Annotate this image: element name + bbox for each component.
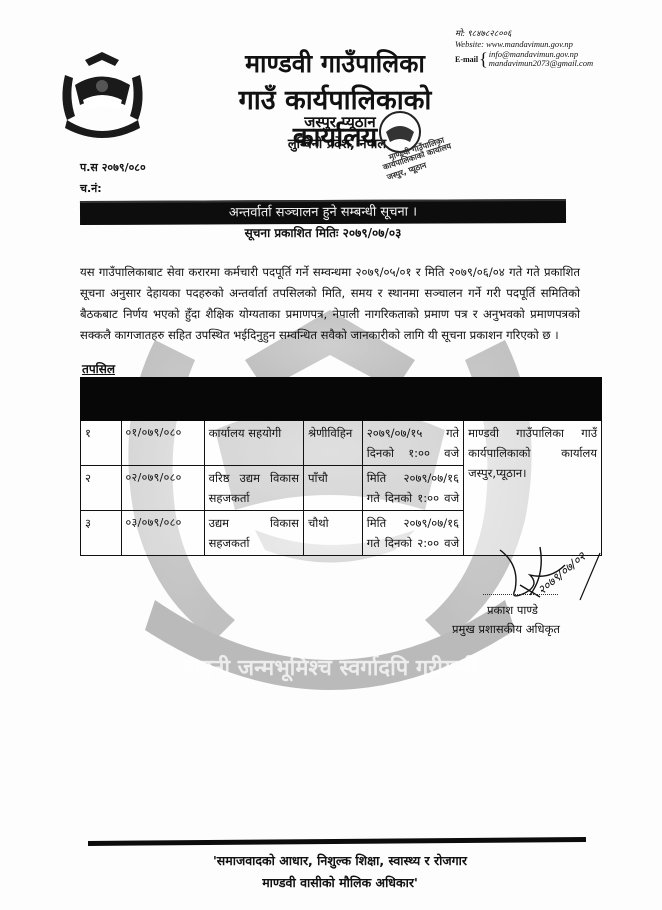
contact-block: मो: ९८४७८२८००६ Website: www.mandavimun.g…	[455, 28, 593, 68]
notice-title: अन्तर्वार्ता सञ्चालन हुने सम्बन्धी सूचना…	[80, 199, 566, 225]
cell-schedule: मिति २०७९/०७/१६ गते दिनको १:०० वजे	[362, 466, 463, 511]
interview-schedule-table: १ ०१/०७९/०८० कार्यालय सहयोगी श्रेणीविहिन…	[80, 377, 602, 556]
details-heading: तपसिल	[82, 360, 115, 377]
signature-line	[483, 594, 558, 595]
published-date: सूचना प्रकाशित मितिः २०७९/०७/०३	[80, 224, 566, 241]
signatory-title: प्रमुख प्रशासकीय अधिकृत	[452, 622, 560, 637]
cell-schedule: २०७९/०७/१५ गते दिनको १:०० वजे	[362, 421, 463, 466]
cell-level: श्रेणीविहिन	[303, 421, 362, 466]
phone-number: ९८४७८२८००६	[467, 28, 511, 39]
notice-body: यस गाउँपालिकाबाट सेवा करारमा कर्मचारी पद…	[80, 262, 580, 346]
nepal-emblem-icon	[55, 50, 150, 138]
cell-venue: माण्डवी गाउँपालिका गाउँ कार्यपालिकाको का…	[464, 421, 602, 556]
signature-date: २०७९/०७/०२	[535, 549, 589, 597]
signature-icon: २०७९/०७/०२	[480, 545, 630, 605]
signatory-name: प्रकाश पाण्डे	[487, 603, 538, 618]
header-cell-sn	[81, 378, 122, 421]
cell-level: चौथो	[303, 511, 362, 556]
office-seal-icon: माण्डवी गाउँपालिका कार्यपालिकाको कार्याल…	[360, 108, 460, 188]
header-cell-schedule	[362, 378, 463, 421]
header-cell-post	[204, 378, 303, 421]
cell-post: कार्यालय सहयोगी	[204, 421, 303, 466]
phone-row: मो: ९८४७८२८००६	[455, 28, 593, 39]
cell-ref: ०३/०७९/०८०	[121, 511, 204, 556]
header-cell-level	[303, 378, 362, 421]
dispatch-number: च.नं:	[80, 181, 102, 196]
email-label: E-mail	[455, 54, 478, 65]
footer-slogan-line-1: 'समाजवादको आधार, निशुल्क शिक्षा, स्वास्थ…	[150, 852, 530, 869]
letter-number: प.स २०७९/०८०	[80, 160, 146, 175]
header-cell-venue	[464, 378, 602, 421]
phone-label: मो:	[455, 28, 465, 39]
notice-body-text: यस गाउँपालिकाबाट सेवा करारमा कर्मचारी पद…	[80, 262, 580, 346]
cell-schedule: मिति २०७९/०७/१६ गते दिनको २:०० वजे	[362, 511, 463, 556]
cell-post: वरिष्ठ उद्यम विकास सहजकर्ता	[204, 466, 303, 511]
cell-post: उद्यम विकास सहजकर्ता	[204, 511, 303, 556]
brace-icon: {	[479, 50, 488, 68]
cell-sn: २	[81, 466, 122, 511]
municipality-name: माण्डवी गाउँपालिका	[205, 46, 465, 80]
footer-slogan-line-2: माण्डवी वासीको मौलिक अधिकार'	[150, 874, 530, 891]
header-cell-ref	[121, 378, 204, 421]
cell-level: पाँचौ	[303, 466, 362, 511]
table-header-row	[81, 378, 602, 421]
cell-sn: ३	[81, 511, 122, 556]
table-row: १ ०१/०७९/०८० कार्यालय सहयोगी श्रेणीविहिन…	[81, 421, 602, 466]
email-link-2[interactable]: mandavimun2073@gmail.com	[489, 59, 593, 68]
cell-sn: १	[81, 421, 122, 466]
cell-ref: ०१/०७९/०८०	[121, 421, 204, 466]
email-row: E-mail { info@mandavimun.gov.np mandavim…	[455, 50, 593, 68]
footer-divider	[88, 837, 586, 846]
cell-ref: ०२/०७९/०८०	[121, 466, 204, 511]
watermark-motto: जननी जन्मभूमिश्च स्वर्गादपि गरीयसी	[183, 654, 478, 682]
